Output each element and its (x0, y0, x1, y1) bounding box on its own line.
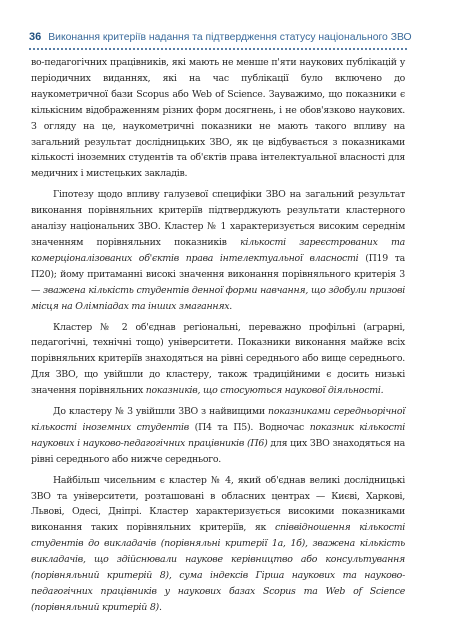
paragraph-2: Гіпотезу щодо впливу галузевої специфіки… (31, 187, 405, 314)
italic-segment: показників, що стосуються наукової діяль… (146, 385, 384, 396)
paragraph-3: Кластер № 2 об'єднав регіональні, перева… (31, 320, 405, 400)
running-title: Виконання критеріїв надання та підтвердж… (48, 32, 411, 43)
page-number: 36 (29, 31, 41, 43)
italic-segment: зважена кількість студентів денної форми… (31, 285, 405, 312)
header-dotted-rule (29, 48, 407, 50)
italic-segment: співвідношення кількості студентів до ви… (31, 522, 405, 613)
text-segment: во-педагогічних працівників, які мають н… (31, 57, 405, 179)
body-text: во-педагогічних працівників, які мають н… (31, 55, 405, 616)
paragraph-4: До кластеру № 3 увійшли ЗВО з найвищими … (31, 404, 405, 468)
running-header: 36Виконання критеріїв надання та підтвер… (29, 31, 407, 44)
paragraph-1: во-педагогічних працівників, які мають н… (31, 55, 405, 182)
text-segment: До кластеру № 3 увійшли ЗВО з найвищими (53, 406, 268, 417)
paragraph-5: Найбільш чисельним є кластер № 4, який о… (31, 473, 405, 616)
text-segment: (П4 та П5). Водночас (189, 422, 310, 433)
